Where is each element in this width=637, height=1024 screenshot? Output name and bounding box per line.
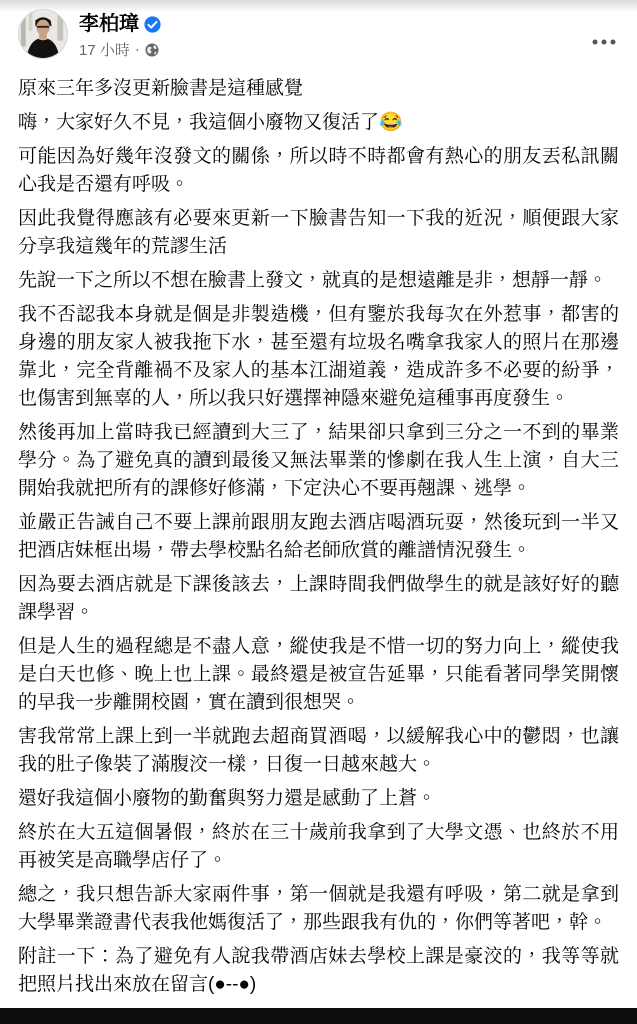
post-paragraph: 原來三年多沒更新臉書是這種感覺 [18, 75, 619, 103]
author-name[interactable]: 李柏璋 [79, 12, 139, 36]
post-paragraph: 然後再加上當時我已經讀到大三了，結果卻只拿到三分之一不到的畢業學分。為了避免真的… [18, 419, 619, 503]
avatar[interactable] [18, 9, 68, 59]
post-paragraph: 我不否認我本身就是個是非製造機，但有鑒於我每次在外惹事，都害的身邊的朋友家人被我… [18, 301, 619, 413]
post-paragraph: 但是人生的過程總是不盡人意，縱使我是不惜一切的努力向上，縱使我是白天也修、晚上也… [18, 633, 619, 717]
post-menu-button[interactable] [583, 26, 625, 57]
post-paragraph: 因為要去酒店就是下課後該去，上課時間我們做學生的就是該好好的聽課學習。 [18, 571, 619, 627]
verified-badge-icon [144, 16, 161, 33]
facebook-post-card: 李柏璋 17 小時 · [0, 0, 637, 1024]
post-paragraph: 害我常常上課上到一半就跑去超商買酒喝，以緩解我心中的鬱悶，也讓我的肚子像裝了滿腹… [18, 723, 619, 779]
timestamp[interactable]: 17 小時 [79, 39, 130, 60]
post-paragraph: 因此我覺得應該有必要來更新一下臉書告知一下我的近況，順便跟大家分享我這幾年的荒謬… [18, 205, 619, 261]
post-paragraph: 總之，我只想告訴大家兩件事，第一個就是我還有呼吸，第二就是拿到大學畢業證書代表我… [18, 881, 619, 937]
post-header: 李柏璋 17 小時 · [0, 0, 637, 60]
ellipsis-icon [591, 34, 617, 49]
post-paragraph: 終於在大五這個暑假，終於在三十歲前我拿到了大學文憑、也終於不用再被笑是高職學店仔… [18, 819, 619, 875]
post-paragraph: 嗨，大家好久不見，我這個小廢物又復活了😂 [18, 109, 619, 137]
globe-public-icon [145, 43, 159, 57]
post-meta: 17 小時 · [79, 39, 161, 60]
meta-separator: · [135, 41, 140, 58]
bottom-black-bar [0, 1008, 637, 1024]
post-header-text: 李柏璋 17 小時 · [79, 9, 161, 60]
post-paragraph: 並嚴正告誡自己不要上課前跟朋友跑去酒店喝酒玩耍，然後玩到一半又把酒店妹框出場，帶… [18, 509, 619, 565]
post-paragraph: 還好我這個小廢物的勤奮與努力還是感動了上蒼。 [18, 785, 619, 813]
post-paragraph: 可能因為好幾年沒發文的關係，所以時不時都會有熱心的朋友丟私訊關心我是否還有呼吸。 [18, 143, 619, 199]
post-paragraph: 附註一下：為了避免有人說我帶酒店妹去學校上課是豪洨的，我等等就把照片找出來放在留… [18, 943, 619, 999]
post-paragraph: 先說一下之所以不想在臉書上發文，就真的是想遠離是非，想靜一靜。 [18, 267, 619, 295]
post-body: 原來三年多沒更新臉書是這種感覺嗨，大家好久不見，我這個小廢物又復活了😂可能因為好… [0, 60, 637, 999]
